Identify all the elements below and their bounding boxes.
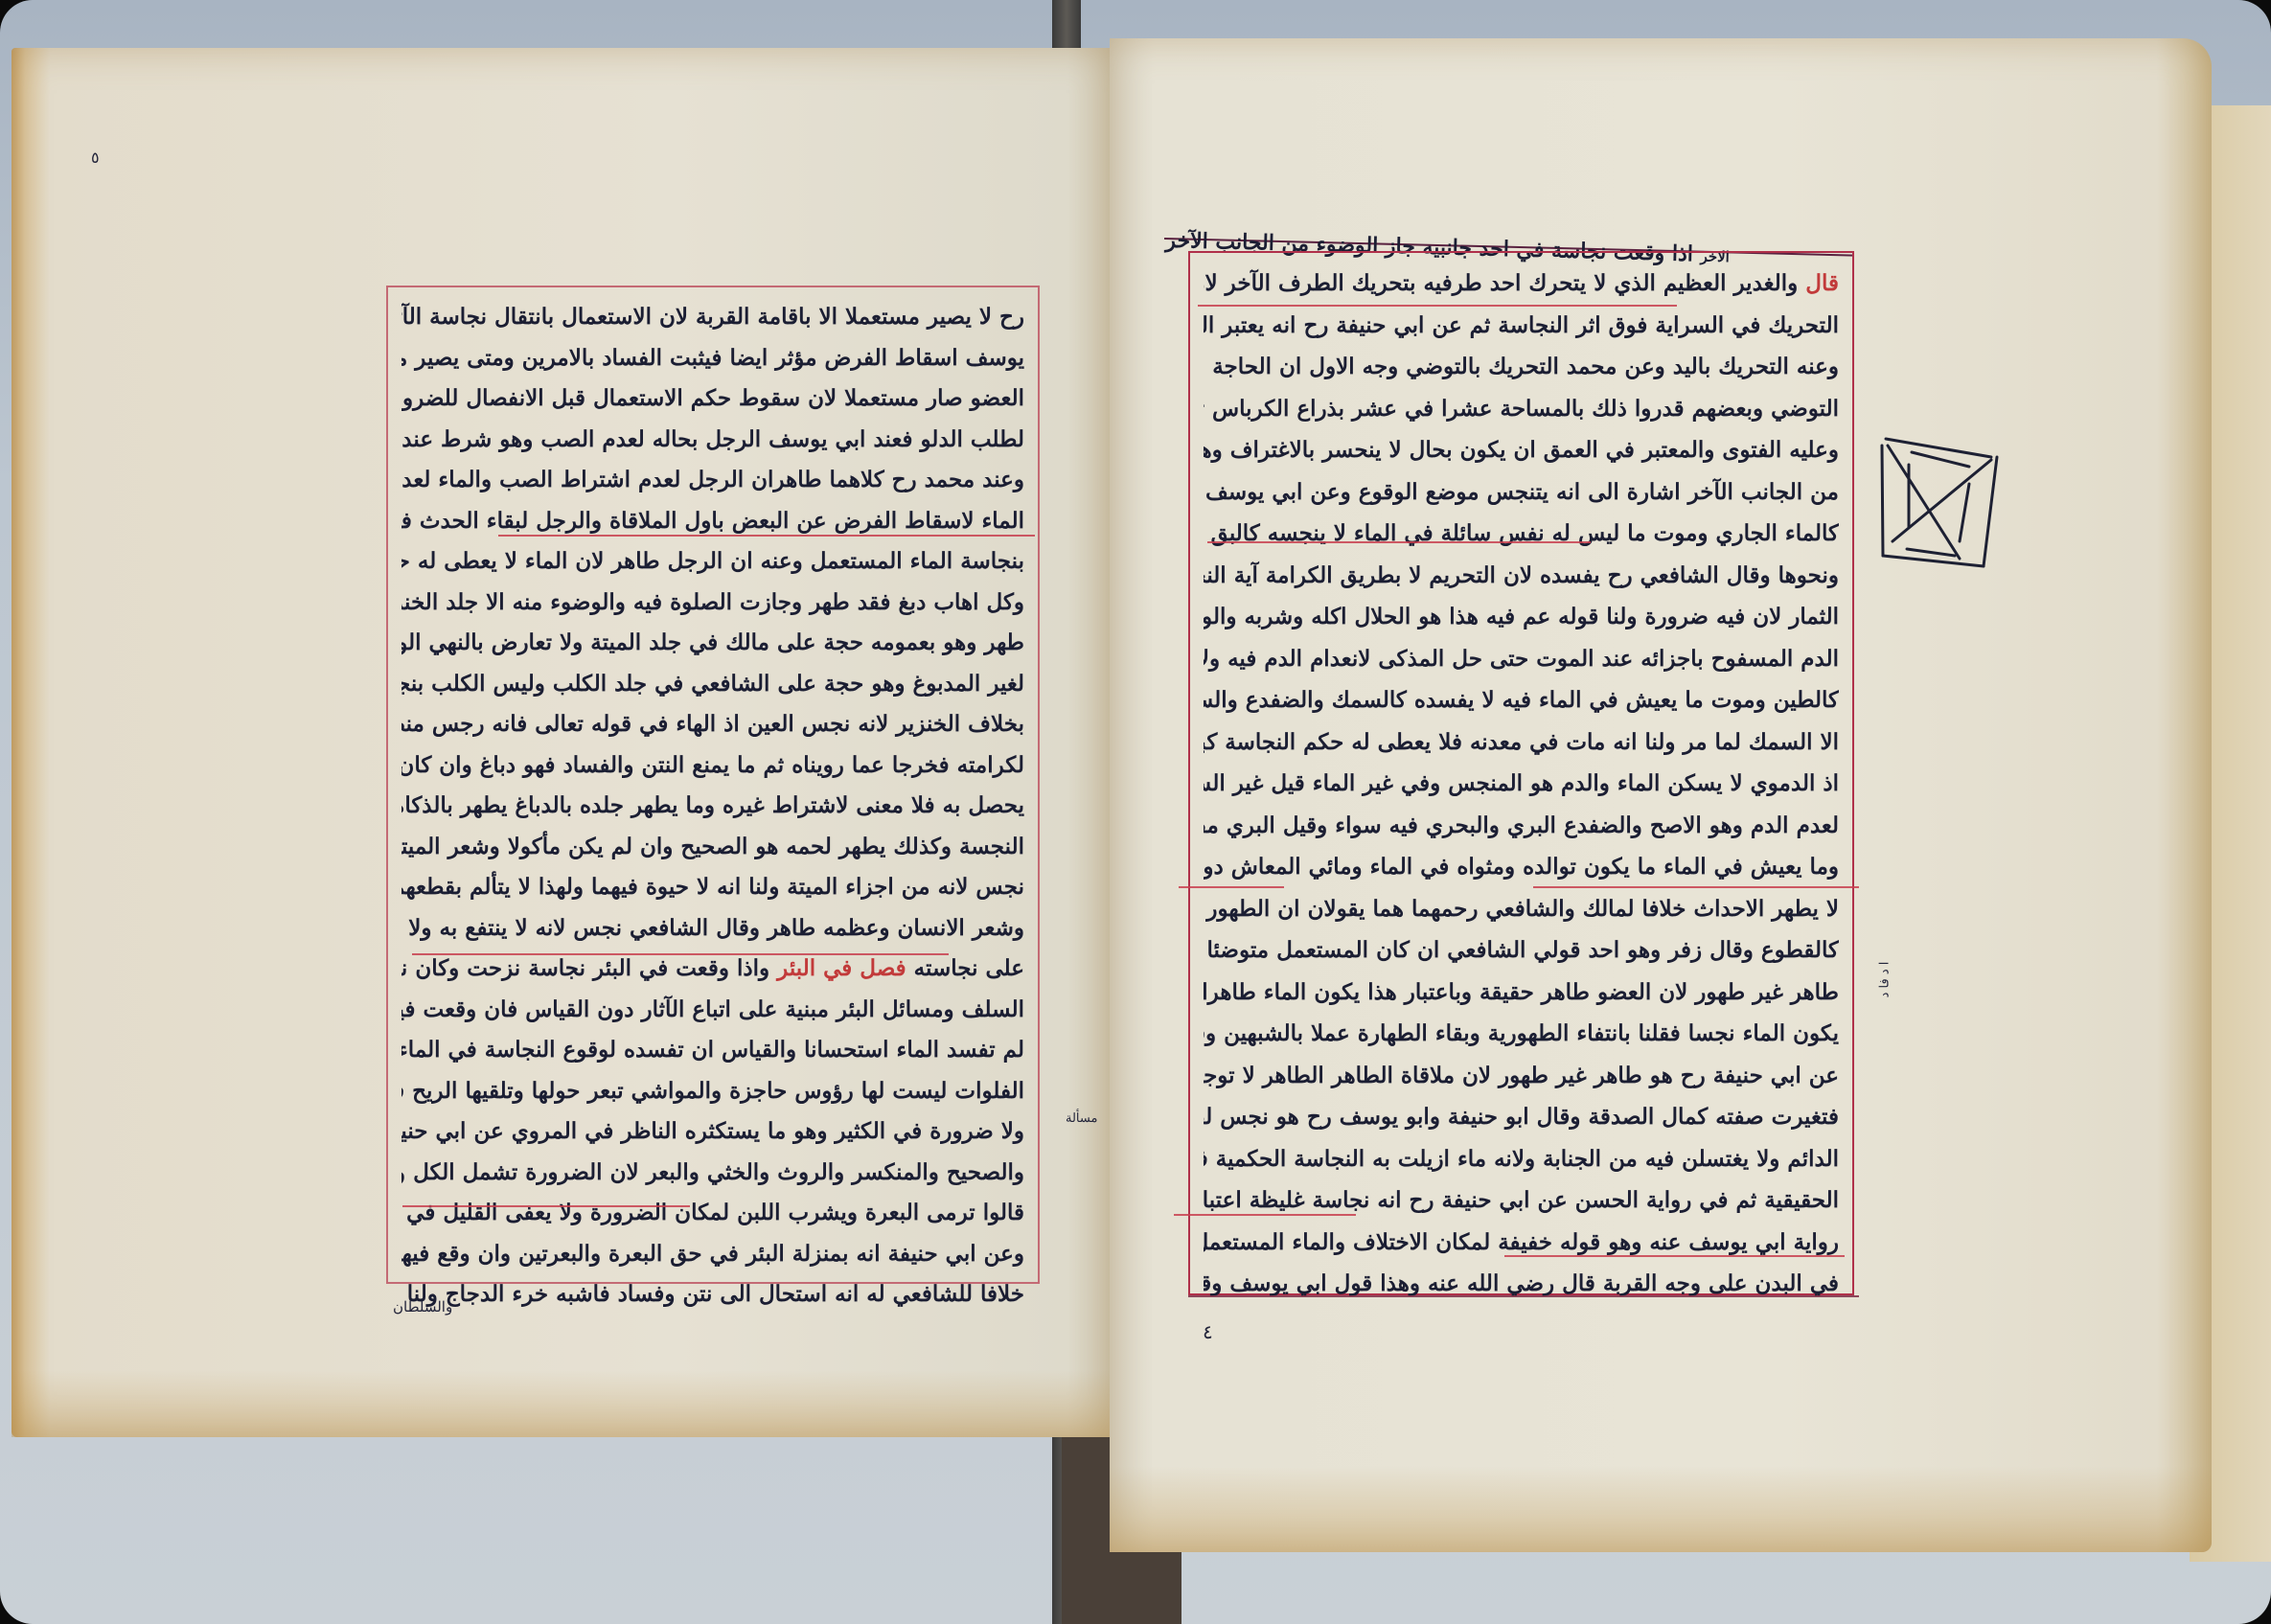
margin-note: مسألة xyxy=(1066,1111,1097,1126)
text-line: يكون الماء نجسا فقلنا بانتفاء الطهورية و… xyxy=(1204,1013,1839,1055)
text-line: خلافا للشافعي له انه استحال الى نتن وفسا… xyxy=(401,1274,1024,1315)
text-line: في البدن على وجه القربة قال رضي الله عنه… xyxy=(1204,1263,1839,1305)
text-line: قال والغدير العظيم الذي لا يتحرك احد طرف… xyxy=(1204,263,1839,305)
red-underline xyxy=(1174,1214,1356,1216)
text-line: وشعر الانسان وعظمه طاهر وقال الشافعي نجس… xyxy=(401,908,1024,949)
rubric-qala: قال xyxy=(1805,270,1839,296)
text-line: رح لا يصير مستعملا الا باقامة القربة لان… xyxy=(401,297,1024,338)
text-line: بنجاسة الماء المستعمل وعنه ان الرجل طاهر… xyxy=(401,541,1024,583)
line-text: والغدير العظيم الذي لا يتحرك احد طرفيه ب… xyxy=(1204,270,1798,296)
text-line: عن ابي حنيفة رح هو طاهر غير طهور لان ملا… xyxy=(1204,1055,1839,1097)
text-line: اذ الدموي لا يسكن الماء والدم هو المنجس … xyxy=(1204,763,1839,805)
text-line: وكل اهاب دبغ فقد طهر وجازت الصلوة فيه وا… xyxy=(401,583,1024,624)
text-line: وما يعيش في الماء ما يكون توالده ومثواه … xyxy=(1204,846,1839,888)
text-line: ولا ضرورة في الكثير وهو ما يستكثره الناظ… xyxy=(401,1111,1024,1153)
bottom-rule xyxy=(1188,1295,1859,1297)
text-line: بخلاف الخنزير لانه نجس العين اذ الهاء في… xyxy=(401,704,1024,745)
right-text-block: قال والغدير العظيم الذي لا يتحرك احد طرف… xyxy=(1188,251,1854,1295)
left-text-block: رح لا يصير مستعملا الا باقامة القربة لان… xyxy=(386,286,1040,1284)
text-line: لطلب الدلو فعند ابي يوسف الرجل بحاله لعد… xyxy=(401,420,1024,461)
text-line: الا السمك لما مر ولنا انه مات في معدنه ف… xyxy=(1204,721,1839,764)
rubric-chapter-heading: فصل في البئر xyxy=(777,955,906,981)
red-underline xyxy=(402,1205,690,1207)
margin-note: ٤ xyxy=(1203,1320,1213,1343)
text-line: السلف ومسائل البئر مبنية على اتباع الآثا… xyxy=(401,990,1024,1031)
text-line: لا يطهر الاحداث خلافا لمالك والشافعي رحم… xyxy=(1204,888,1839,930)
text-line: فتغيرت صفته كمال الصدقة وقال ابو حنيفة و… xyxy=(1204,1096,1839,1138)
text-line: وعنه التحريك باليد وعن محمد التحريك بالت… xyxy=(1204,346,1839,388)
red-underline xyxy=(412,953,949,955)
text-line: التحريك في السراية فوق اثر النجاسة ثم عن… xyxy=(1204,305,1839,347)
line-continuation: واذا وقعت في البئر نجاسة نزحت وكان نزح م… xyxy=(401,955,769,981)
text-line: والصحيح والمنكسر والروث والخثي والبعر لا… xyxy=(401,1153,1024,1194)
text-line: الفلوات ليست لها رؤوس حاجزة والمواشي تبع… xyxy=(401,1071,1024,1112)
text-line: قالوا ترمى البعرة ويشرب اللبن لمكان الضر… xyxy=(401,1193,1024,1234)
text-line: العضو صار مستعملا لان سقوط حكم الاستعمال… xyxy=(401,378,1024,420)
text-line: طهر وهو بعمومه حجة على مالك في جلد الميت… xyxy=(401,623,1024,664)
marginal-diagram-square-x-icon xyxy=(1878,436,2007,580)
red-underline xyxy=(498,535,1035,537)
line-start: على نجاسته xyxy=(914,955,1024,981)
text-line: الدائم ولا يغتسلن فيه من الجنابة ولانه م… xyxy=(1204,1138,1839,1180)
text-line: لكرامته فخرجا عما رويناه ثم ما يمنع النت… xyxy=(401,745,1024,787)
text-line: كالقطوع وقال زفر وهو احد قولي الشافعي ان… xyxy=(1204,929,1839,972)
text-line: الدم المسفوح باجزائه عند الموت حتى حل ال… xyxy=(1204,638,1839,680)
red-underline xyxy=(1179,886,1284,888)
text-line: التوضي وبعضهم قدروا ذلك بالمساحة عشرا في… xyxy=(1204,388,1839,430)
text-line: نجس لانه من اجزاء الميتة ولنا انه لا حيو… xyxy=(401,867,1024,908)
text-line: وعن ابي حنيفة انه بمنزلة البئر في حق الب… xyxy=(401,1234,1024,1275)
text-line: يوسف اسقاط الفرض مؤثر ايضا فيثبت الفساد … xyxy=(401,338,1024,379)
text-line: كالماء الجاري وموت ما ليس له نفس سائلة ف… xyxy=(1204,513,1839,555)
margin-note: ا د فا د xyxy=(1877,962,1892,998)
red-underline xyxy=(1207,541,1591,543)
text-line: لم تفسد الماء استحسانا والقياس ان تفسده … xyxy=(401,1030,1024,1071)
text-line: لعدم الدم وهو الاصح والضفدع البري والبحر… xyxy=(1204,805,1839,847)
margin-note: والسلطان xyxy=(393,1298,452,1315)
photo-frame: ٥ رح لا يصير مستعملا الا باقامة القربة ل… xyxy=(0,0,2271,1624)
text-line: ونحوها وقال الشافعي رح يفسده لان التحريم… xyxy=(1204,555,1839,597)
text-line: لغير المدبوغ وهو حجة على الشافعي في جلد … xyxy=(401,664,1024,705)
red-underline xyxy=(1533,886,1859,888)
text-line: كالطين وموت ما يعيش في الماء فيه لا يفسد… xyxy=(1204,679,1839,721)
text-line: وعند محمد رح كلاهما طاهران الرجل لعدم اش… xyxy=(401,460,1024,501)
red-underline xyxy=(1504,1255,1845,1257)
text-line: طاهر غير طهور لان العضو طاهر حقيقة وباعت… xyxy=(1204,972,1839,1014)
text-line: الثمار لان فيه ضرورة ولنا قوله عم فيه هذ… xyxy=(1204,596,1839,638)
text-line: يحصل به فلا معنى لاشتراط غيره وما يطهر ج… xyxy=(401,786,1024,827)
folio-number: ٥ xyxy=(91,149,100,167)
text-line: النجسة وكذلك يطهر لحمه هو الصحيح وان لم … xyxy=(401,827,1024,868)
text-line: من الجانب الآخر اشارة الى انه يتنجس موضع… xyxy=(1204,471,1839,514)
text-line: وعليه الفتوى والمعتبر في العمق ان يكون ب… xyxy=(1204,429,1839,471)
